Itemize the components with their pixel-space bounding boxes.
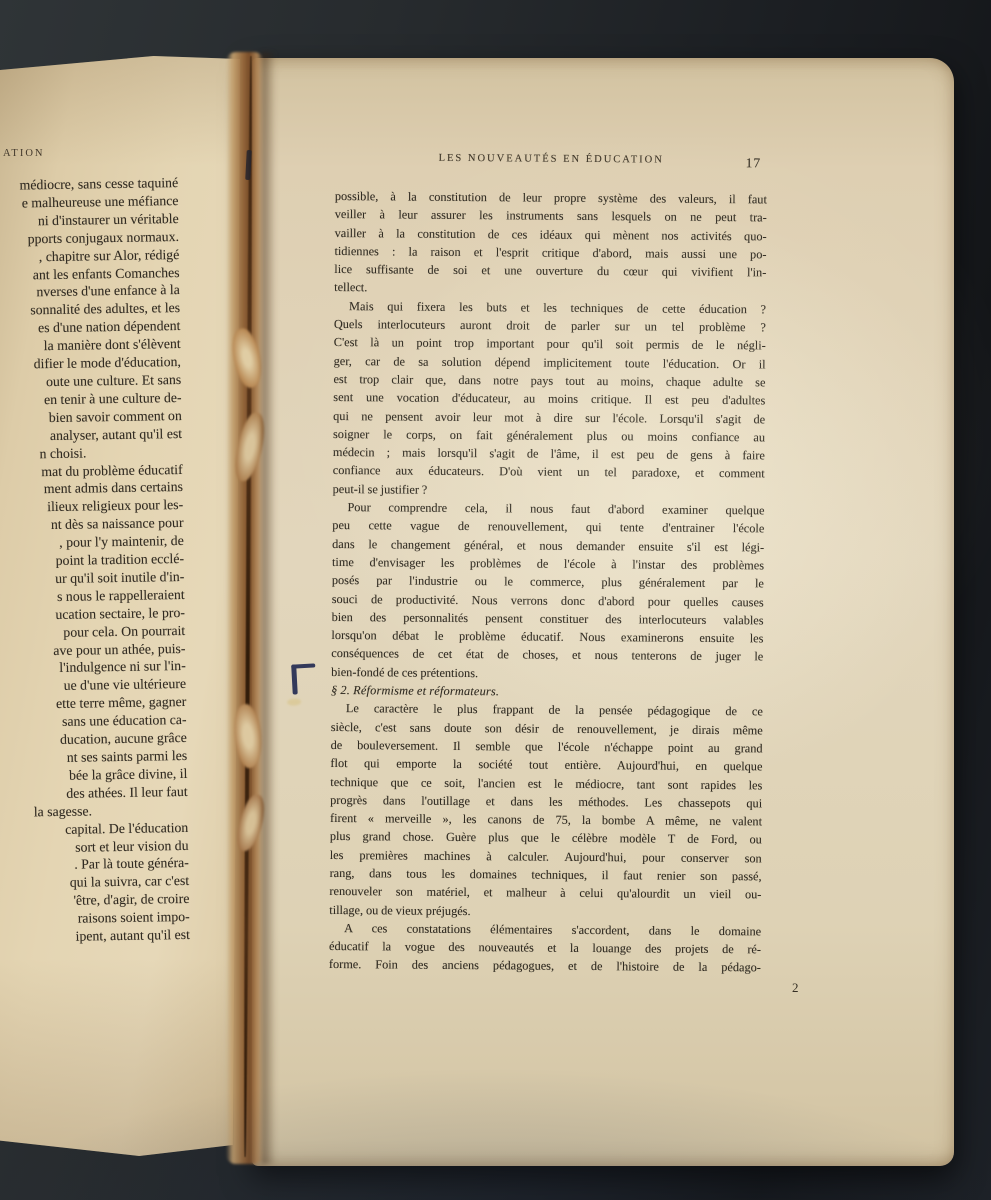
signature-mark: 2 xyxy=(792,980,799,996)
book-gutter-binding xyxy=(220,52,278,1164)
gutter-shadow xyxy=(262,52,276,1164)
running-header-title: LES NOUVEAUTÉS EN ÉDUCATION xyxy=(335,152,767,166)
page-number: 17 xyxy=(746,155,762,171)
left-page-text: médiocre, sans cesse taquinée malheureus… xyxy=(0,174,190,949)
running-header-row: LES NOUVEAUTÉS EN ÉDUCATION 17 xyxy=(335,152,767,173)
body-text-line: forme. Foin des anciens pédagogues, et d… xyxy=(329,955,761,977)
left-running-header-fragment: ATION xyxy=(3,148,45,159)
left-book-page: ATION médiocre, sans cesse taquinée malh… xyxy=(0,56,240,1156)
annotation-smudge xyxy=(287,698,301,706)
left-text-line: ipent, autant qu'il est xyxy=(0,926,190,949)
book-photo: { "book": { "left_page": { "header_fragm… xyxy=(0,0,991,1200)
margin-annotation-mark xyxy=(291,663,319,696)
right-page-text: possible, à la constitution de leur prop… xyxy=(329,187,767,977)
left-text-line: analyser, autant qu'il est xyxy=(0,425,182,448)
right-page-content: LES NOUVEAUTÉS EN ÉDUCATION 17 possible,… xyxy=(329,58,768,977)
right-book-page: LES NOUVEAUTÉS EN ÉDUCATION 17 possible,… xyxy=(252,58,954,1166)
left-text-line: des athées. Il leur faut xyxy=(0,783,188,806)
annotation-vertical-stroke xyxy=(291,664,298,694)
